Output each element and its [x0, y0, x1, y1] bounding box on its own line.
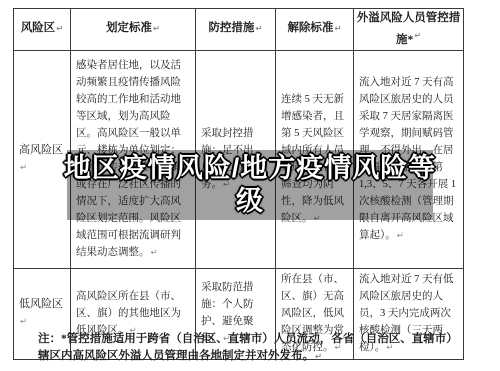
header-release-label: 解除标准: [287, 22, 333, 34]
header-row: 风险区↵ 划定标准↵ 防控措施↵ 解除标准↵ 外溢风险人员管控措施*↵: [14, 9, 464, 51]
paragraph-mark: ↵: [255, 24, 262, 34]
paragraph-mark: ↵: [20, 163, 27, 173]
paragraph-mark: ↵: [334, 24, 341, 34]
overlay-title: 地区疫情风险/地方疫情风险等级: [60, 152, 440, 218]
paragraph-mark: ↵: [153, 24, 160, 34]
paragraph-mark: ↵: [397, 231, 404, 241]
footnote: 注：*管控措施适用于跨省（自治区、直辖市）人员流动，各省（自治区、直辖市）辖区内…: [38, 331, 468, 366]
high-risk-zone-label: 高风险区: [19, 144, 63, 156]
header-measures: 防控措施↵: [196, 9, 276, 51]
header-criteria-label: 划定标准: [106, 22, 152, 34]
low-risk-zone-label: 低风险区: [19, 298, 63, 310]
header-risk-zone-label: 风险区: [21, 22, 56, 34]
paragraph-mark: ↵: [20, 317, 27, 327]
paragraph-mark: ↵: [315, 352, 322, 362]
header-spillover: 外溢风险人员管控措施*↵: [354, 9, 464, 51]
page: 风险区↵ 划定标准↵ 防控措施↵ 解除标准↵ 外溢风险人员管控措施*↵ 高风险区…: [0, 0, 500, 371]
header-release: 解除标准↵: [276, 9, 354, 51]
paragraph-mark: ↵: [151, 248, 158, 258]
low-risk-criteria-text: 高风险区所在县（市、区、旗）的其他地区为低风险区。: [76, 291, 181, 336]
header-risk-zone: 风险区↵: [14, 9, 71, 51]
paragraph-mark: ↵: [56, 24, 63, 34]
header-criteria: 划定标准↵: [71, 9, 196, 51]
paragraph-mark: ↵: [414, 31, 421, 40]
footnote-text: 注：*管控措施适用于跨省（自治区、直辖市）人员流动，各省（自治区、直辖市）辖区内…: [38, 333, 458, 362]
header-measures-label: 防控措施: [208, 22, 254, 34]
header-spillover-label: 外溢风险人员管控措施*: [357, 12, 461, 46]
